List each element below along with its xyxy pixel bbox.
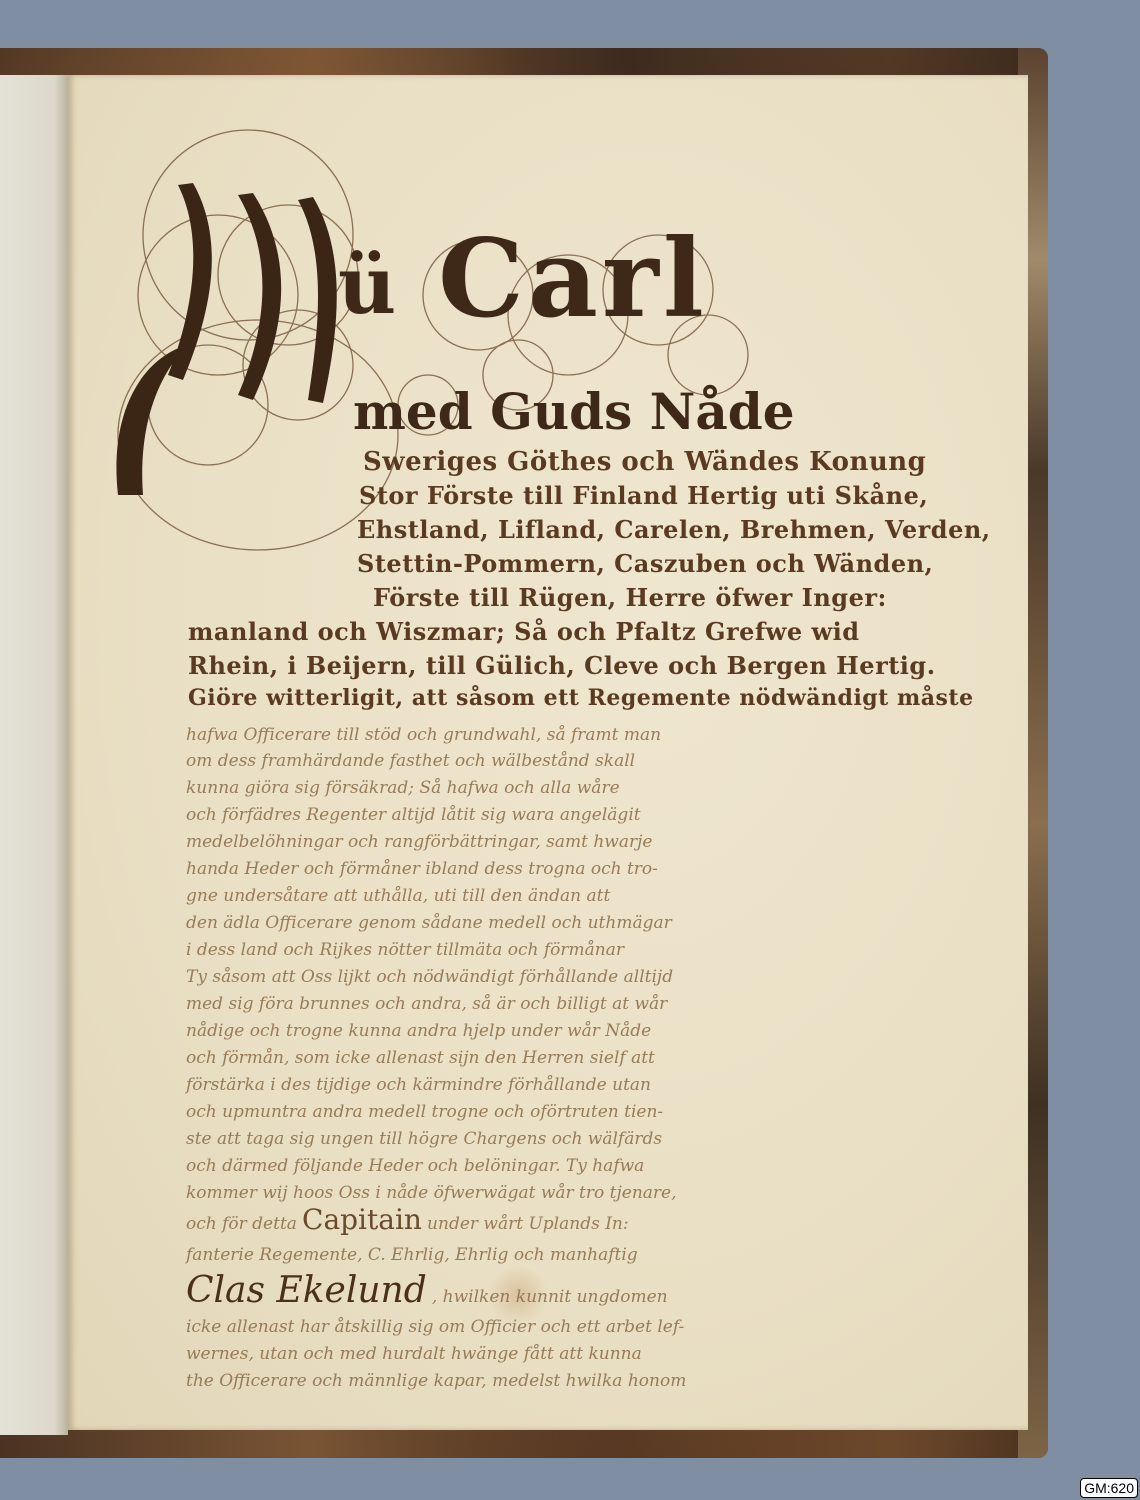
title-line: Ehstland, Lifland, Carelen, Brehmen, Ver… — [357, 515, 991, 544]
body-line: gne undersåtare att uthålla, uti till de… — [186, 886, 610, 906]
body-line: Ty såsom att Oss lijkt och nödwändigt fö… — [186, 967, 673, 987]
body-line: fanterie Regemente, C. Ehrlig, Ehrlig oc… — [186, 1245, 638, 1265]
body-line: och förfädres Regenter altijd låtit sig … — [186, 805, 641, 825]
left-page-edge — [0, 75, 68, 1435]
body-text-fragment: och för detta — [186, 1214, 297, 1234]
body-text-fragment: under wårt Uplands In: — [427, 1214, 629, 1234]
capitain-line: och för detta Capitain under wårt Upland… — [186, 1203, 629, 1236]
heading-word-carl: Carl — [438, 225, 708, 333]
catalog-number-label: GM:620 — [1080, 1478, 1138, 1498]
rank-capitain: Capitain — [302, 1203, 422, 1236]
body-line: wernes, utan och med hurdalt hwänge fått… — [186, 1344, 642, 1364]
title-line: Rhein, i Beijern, till Gülich, Cleve och… — [188, 651, 936, 680]
body-line: i dess land och Rijkes nötter tillmäta o… — [186, 940, 624, 960]
heading-word-u: ü — [338, 245, 396, 325]
body-line: handa Heder och förmåner ibland dess tro… — [186, 859, 658, 879]
body-line: the Officerare och männlige kapar, medel… — [186, 1371, 686, 1391]
body-line: förstärka i des tijdige och kärmindre fö… — [186, 1075, 651, 1095]
body-line: om dess framhärdande fasthet och wälbest… — [186, 751, 635, 771]
body-line: kommer wij hoos Oss i nåde öfwerwägat wå… — [186, 1183, 677, 1203]
body-line: med sig föra brunnes och andra, så är oc… — [186, 994, 667, 1014]
recipient-line: Clas Ekelund , hwilken kunnit ungdomen — [186, 1270, 668, 1311]
body-line: medelbelöhningar och rangförbättringar, … — [186, 832, 652, 852]
title-line: Sweriges Göthes och Wändes Konung — [363, 447, 926, 477]
recipient-name: Clas Ekelund — [186, 1270, 427, 1311]
title-line: Stettin-Pommern, Caszuben och Wänden, — [357, 549, 933, 578]
title-line: Giöre witterligit, att såsom ett Regemen… — [188, 685, 974, 711]
title-line: manland och Wiszmar; Så och Pfaltz Grefw… — [188, 617, 860, 646]
heading-line-med-guds-nade: med Guds Nåde — [353, 387, 795, 437]
title-line: Förste till Rügen, Herre öfwer Inger: — [373, 583, 887, 612]
body-line: den ädla Officerare genom sådane medell … — [186, 913, 672, 933]
title-line: Stor Förste till Finland Hertig uti Skån… — [359, 481, 928, 510]
body-line: icke allenast har åtskillig sig om Offic… — [186, 1317, 684, 1337]
body-line: hafwa Officerare till stöd och grundwahl… — [186, 725, 661, 745]
body-line: och förmån, som icke allenast sijn den H… — [186, 1048, 655, 1068]
body-text-fragment: , hwilken kunnit ungdomen — [432, 1287, 668, 1307]
manuscript-page: ü Carl med Guds Nåde Sweriges Göthes och… — [68, 75, 1028, 1430]
body-line: nådige och trogne kunna andra hjelp unde… — [186, 1021, 651, 1041]
body-line: ste att taga sig ungen till högre Charge… — [186, 1129, 662, 1149]
body-line: och därmed följande Heder och belöningar… — [186, 1156, 644, 1176]
body-line: kunna giöra sig försäkrad; Så hafwa och … — [186, 778, 620, 798]
body-line: och upmuntra andra medell trogne och ofö… — [186, 1102, 663, 1122]
